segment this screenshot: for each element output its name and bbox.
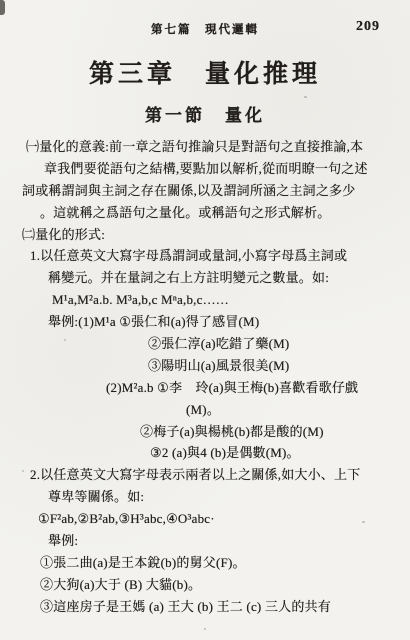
text-line: 舉例: xyxy=(0,530,410,552)
text-line: 舉例:(1)M¹a ①張仁和(a)得了感冒(M) xyxy=(0,311,410,333)
chapter-title: 第三章 量化推理 xyxy=(0,54,410,90)
text-line: ②梅子(a)與楊桃(b)都是酸的(M) xyxy=(0,421,410,443)
page-number: 209 xyxy=(356,19,380,35)
text-line: M¹a,M²a.b. M³a,b,c Mⁿa,b,c…… xyxy=(0,289,410,311)
scan-artifact-corner xyxy=(0,0,5,15)
text-line: (2)M²a.b ①李 玲(a)與王梅(b)喜歡看歌仔戲 xyxy=(0,377,410,399)
text-line: 2.以任意英文大寫字母表示兩者以上之關係,如大小、上下 xyxy=(0,464,410,486)
running-header: 第七篇 現代邏輯 xyxy=(0,21,410,37)
section-title: 第一節 量化 xyxy=(0,101,410,126)
scan-speck xyxy=(304,96,307,98)
text-line: ①張二曲(a)是王本銳(b)的舅父(F)。 xyxy=(0,552,410,574)
text-line: 。這就稱之爲語句之量化。或稱語句之形式解析。 xyxy=(0,202,410,224)
scanned-book-page: 第七篇 現代邏輯 209 第三章 量化推理 第一節 量化 ㈠量化的意義:前一章之… xyxy=(0,0,410,640)
text-line: ㈡量化的形式: xyxy=(0,224,410,246)
text-line: 詞或稱謂詞與主詞之存在關係,以及謂詞所涵之主詞之多少 xyxy=(0,180,410,202)
text-line: (M)。 xyxy=(0,399,410,421)
text-line: 尊卑等關係。如: xyxy=(0,486,410,508)
text-line: 稱變元。并在量詞之右上方註明變元之數量。如: xyxy=(0,267,410,289)
text-line: ③2 (a)與4 (b)是偶數(M)。 xyxy=(0,442,410,464)
text-line: 章我們要從語句之結構,要點加以解析,從而明瞭一句之述 xyxy=(0,158,410,180)
text-line: ③這座房子是王媽 (a) 王大 (b) 王二 (c) 三人的共有 xyxy=(0,596,410,618)
text-line: 1.以任意英文大寫字母爲謂詞或量詞,小寫字母爲主詞或 xyxy=(0,245,410,267)
text-line: ③陽明山(a)風景很美(M) xyxy=(0,355,410,377)
text-line: ①F²ab,②B²ab,③H³abc,④O³abc· xyxy=(0,508,410,530)
body-text: ㈠量化的意義:前一章之語句推論只是對語句之直接推論,本章我們要從語句之結構,要點… xyxy=(0,136,410,618)
text-line: ㈠量化的意義:前一章之語句推論只是對語句之直接推論,本 xyxy=(0,136,410,158)
scan-speck xyxy=(204,628,206,630)
text-line: ②大狗(a)大于 (B) 大貓(b)。 xyxy=(0,574,410,596)
text-line: ②張仁淳(a)吃錯了藥(M) xyxy=(0,333,410,355)
